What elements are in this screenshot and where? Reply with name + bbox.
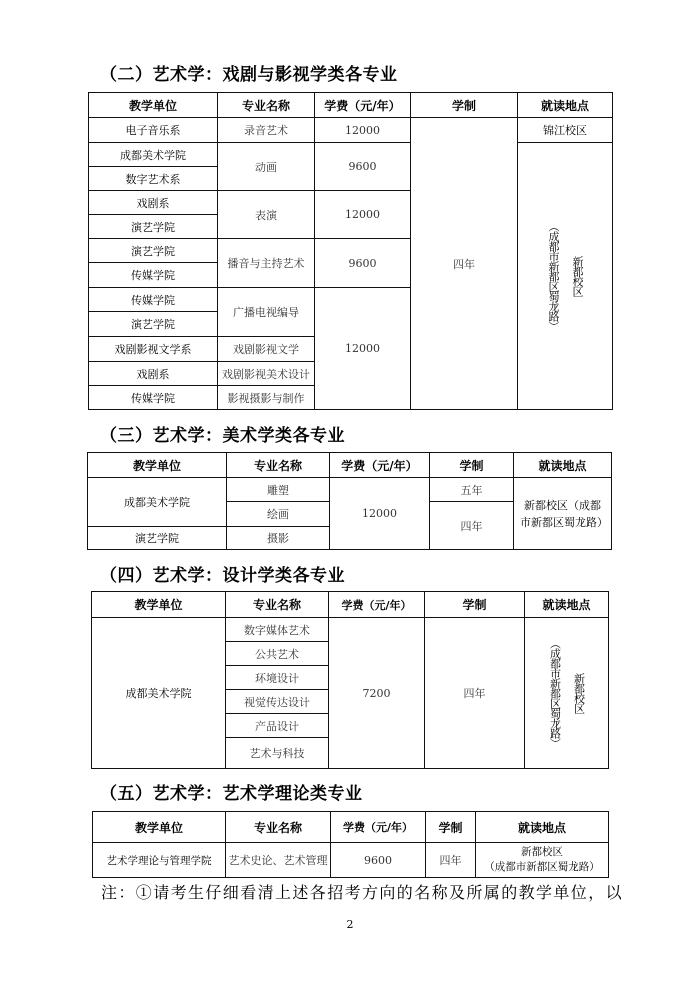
design-majors-table: 教学单位 专业名称 学费（元/年） 学制 就读地点 成都美术学院 数字媒体艺术 … [91, 591, 609, 769]
table-row: 成都美术学院 数字媒体艺术 7200 四年 （成都市新都区蜀龙路） 新都校区 [92, 618, 609, 642]
header-major: 专业名称 [227, 453, 330, 478]
duration-cell: 四年 [411, 118, 518, 410]
header-unit: 教学单位 [93, 812, 226, 843]
header-location: 就读地点 [476, 812, 609, 843]
header-unit: 教学单位 [89, 93, 218, 118]
location-cell-xindu: （成都市新都区蜀龙路） 新都校区 [518, 143, 613, 410]
major-cell: 戏剧影视美术设计 [218, 362, 315, 386]
unit-cell: 成都美术学院 [88, 478, 227, 527]
major-cell: 艺术史论、艺术管理 [226, 843, 331, 878]
fee-cell: 12000 [315, 288, 411, 410]
major-cell: 雕塑 [227, 478, 330, 502]
unit-cell: 传媒学院 [89, 386, 218, 410]
major-cell: 摄影 [227, 527, 330, 550]
section-title-drama-film: （二）艺术学：戏剧与影视学类各专业 [100, 60, 398, 85]
fee-cell: 9600 [315, 239, 411, 288]
major-cell: 公共艺术 [226, 642, 329, 666]
fee-cell: 9600 [331, 843, 426, 878]
major-cell: 广播电视编导 [218, 288, 315, 337]
duration-cell: 四年 [430, 502, 514, 550]
major-cell: 绘画 [227, 502, 330, 527]
major-cell: 艺术与科技 [226, 738, 329, 769]
unit-cell: 成都美术学院 [89, 143, 218, 167]
unit-cell: 戏剧系 [89, 362, 218, 386]
major-cell: 表演 [218, 191, 315, 239]
location-address-vertical: （成都市新都区蜀龙路） [546, 221, 560, 331]
location-cell: 新都校区（成都市新都区蜀龙路） [514, 478, 612, 550]
major-cell: 数字媒体艺术 [226, 618, 329, 642]
section-title-design: （四）艺术学：设计学类各专业 [100, 561, 345, 586]
fee-cell: 12000 [315, 191, 411, 239]
unit-cell: 数字艺术系 [89, 167, 218, 191]
location-line-2: （成都市新都区蜀龙路） [476, 860, 608, 875]
major-cell: 录音艺术 [218, 118, 315, 143]
header-location: 就读地点 [525, 592, 609, 618]
footnote: 注：①请考生仔细看清上述各招考方向的名称及所属的教学单位，以 [101, 880, 623, 903]
major-cell: 视觉传达设计 [226, 690, 329, 714]
section-title-fine-arts: （三）艺术学：美术学类各专业 [100, 421, 345, 446]
table-row: 成都美术学院 动画 9600 （成都市新都区蜀龙路） 新都校区 [89, 143, 613, 167]
art-theory-majors-table: 教学单位 专业名称 学费（元/年） 学制 就读地点 艺术学理论与管理学院 艺术史… [92, 811, 609, 878]
header-location: 就读地点 [514, 453, 612, 478]
unit-cell: 演艺学院 [89, 239, 218, 263]
drama-film-majors-table: 教学单位 专业名称 学费（元/年） 学制 就读地点 电子音乐系 录音艺术 120… [88, 92, 613, 410]
duration-cell: 五年 [430, 478, 514, 502]
unit-cell: 演艺学院 [89, 215, 218, 239]
fee-cell: 12000 [315, 118, 411, 143]
header-fee: 学费（元/年） [329, 592, 425, 618]
fee-cell: 12000 [330, 478, 430, 550]
location-campus-vertical: 新都校区 [572, 673, 586, 713]
fee-cell: 9600 [315, 143, 411, 191]
table-row: 电子音乐系 录音艺术 12000 四年 锦江校区 [89, 118, 613, 143]
header-major: 专业名称 [218, 93, 315, 118]
location-address-vertical: （成都市新都区蜀龙路） [548, 638, 562, 748]
major-cell: 产品设计 [226, 714, 329, 738]
section-title-art-theory: （五）艺术学：艺术学理论类专业 [100, 779, 363, 804]
header-fee: 学费（元/年） [331, 812, 426, 843]
unit-cell: 成都美术学院 [92, 618, 226, 769]
header-location: 就读地点 [518, 93, 613, 118]
header-duration: 学制 [425, 592, 525, 618]
unit-cell: 演艺学院 [89, 312, 218, 337]
major-cell: 动画 [218, 143, 315, 191]
duration-cell: 四年 [426, 843, 476, 878]
location-text: 新都校区（成都市新都区蜀龙路） [520, 499, 608, 529]
major-cell: 环境设计 [226, 666, 329, 690]
unit-cell: 传媒学院 [89, 288, 218, 312]
major-cell: 戏剧影视文学 [218, 337, 315, 362]
location-cell: 新都校区 （成都市新都区蜀龙路） [476, 843, 609, 878]
fee-cell: 7200 [329, 618, 425, 769]
header-duration: 学制 [430, 453, 514, 478]
unit-cell: 戏剧影视文学系 [89, 337, 218, 362]
unit-cell: 电子音乐系 [89, 118, 218, 143]
table-row: 成都美术学院 雕塑 12000 五年 新都校区（成都市新都区蜀龙路） [88, 478, 612, 502]
header-duration: 学制 [411, 93, 518, 118]
header-unit: 教学单位 [88, 453, 227, 478]
unit-cell: 演艺学院 [88, 527, 227, 550]
unit-cell: 戏剧系 [89, 191, 218, 215]
location-line-1: 新都校区 [476, 845, 608, 860]
table-row: 艺术学理论与管理学院 艺术史论、艺术管理 9600 四年 新都校区 （成都市新都… [93, 843, 609, 878]
header-major: 专业名称 [226, 592, 329, 618]
duration-cell: 四年 [425, 618, 525, 769]
unit-cell: 传媒学院 [89, 263, 218, 288]
header-unit: 教学单位 [92, 592, 226, 618]
major-cell: 播音与主持艺术 [218, 239, 315, 288]
header-fee: 学费（元/年） [315, 93, 411, 118]
header-fee: 学费（元/年） [330, 453, 430, 478]
location-campus-vertical: 新都校区 [570, 256, 584, 296]
header-duration: 学制 [426, 812, 476, 843]
fine-arts-majors-table: 教学单位 专业名称 学费（元/年） 学制 就读地点 成都美术学院 雕塑 1200… [87, 452, 612, 550]
page-number: 2 [0, 918, 700, 931]
major-cell: 影视摄影与制作 [218, 386, 315, 410]
header-major: 专业名称 [226, 812, 331, 843]
location-cell: （成都市新都区蜀龙路） 新都校区 [525, 618, 609, 769]
unit-cell: 艺术学理论与管理学院 [93, 843, 226, 878]
location-cell-jinjiang: 锦江校区 [518, 118, 613, 143]
